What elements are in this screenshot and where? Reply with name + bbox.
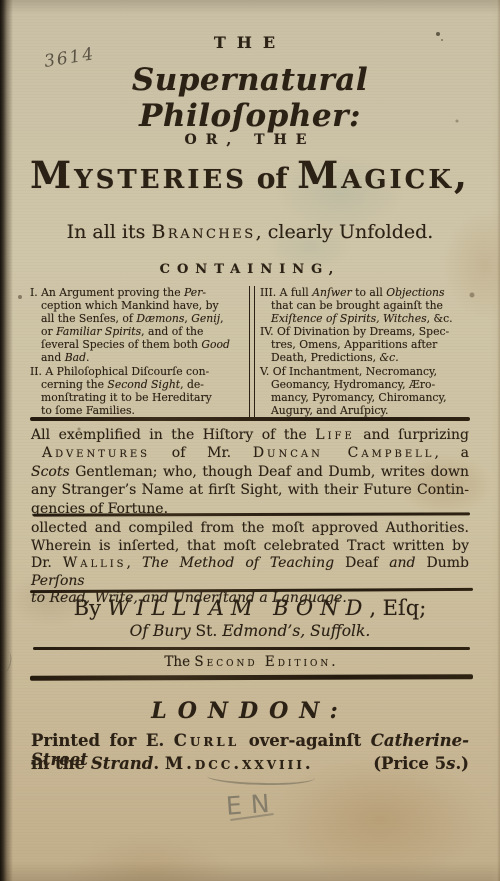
or-the-connector: OR, THE — [30, 132, 470, 148]
book-title-page-scan: 3614 THE Supernatural Philoſopher: OR, T… — [0, 0, 500, 881]
separator-rule-4 — [33, 647, 470, 650]
imprint-city: LONDON: — [30, 698, 470, 724]
contents-summary: I. An Argument proving the Per-ception w… — [30, 286, 474, 417]
imprint-date-price-line: in the Strand. M.dcc.xxviii.(Price 5s.) — [31, 754, 469, 773]
subtitle-branches-line: In all its Branches, clearly Unfolded. — [30, 221, 470, 243]
summary-paragraph: All exemplified in the Hiſtory of the Li… — [31, 426, 469, 518]
main-title-mysteries-of-magick: Mysteries of Magick, — [30, 153, 470, 197]
column-divider-rule — [249, 286, 255, 417]
edition-statement: The Second Edition. — [30, 654, 470, 670]
page-edge — [490, 0, 500, 881]
half-title-the: THE — [30, 33, 470, 52]
containing-heading: CONTAINING, — [30, 262, 470, 277]
ink-specks — [0, 0, 2, 2]
book-title: Supernatural Philoſopher: — [30, 62, 470, 134]
author-byline: By WILLIAM BOND, Eſq; — [30, 596, 470, 620]
binding-gutter-shadow — [0, 0, 13, 881]
pencil-underline-date — [207, 774, 315, 787]
separator-rule-5 — [30, 674, 473, 680]
sources-paragraph: ollected and compiled from the moſt appr… — [31, 520, 469, 608]
contents-left-column: I. An Argument proving the Per-ception w… — [30, 286, 244, 417]
contents-right-column: III. A full Anſwer to all Objectionsthat… — [260, 286, 474, 417]
author-residence: Of Bury St. Edmond’s, Suffolk. — [30, 622, 470, 640]
separator-rule-1 — [30, 417, 470, 421]
